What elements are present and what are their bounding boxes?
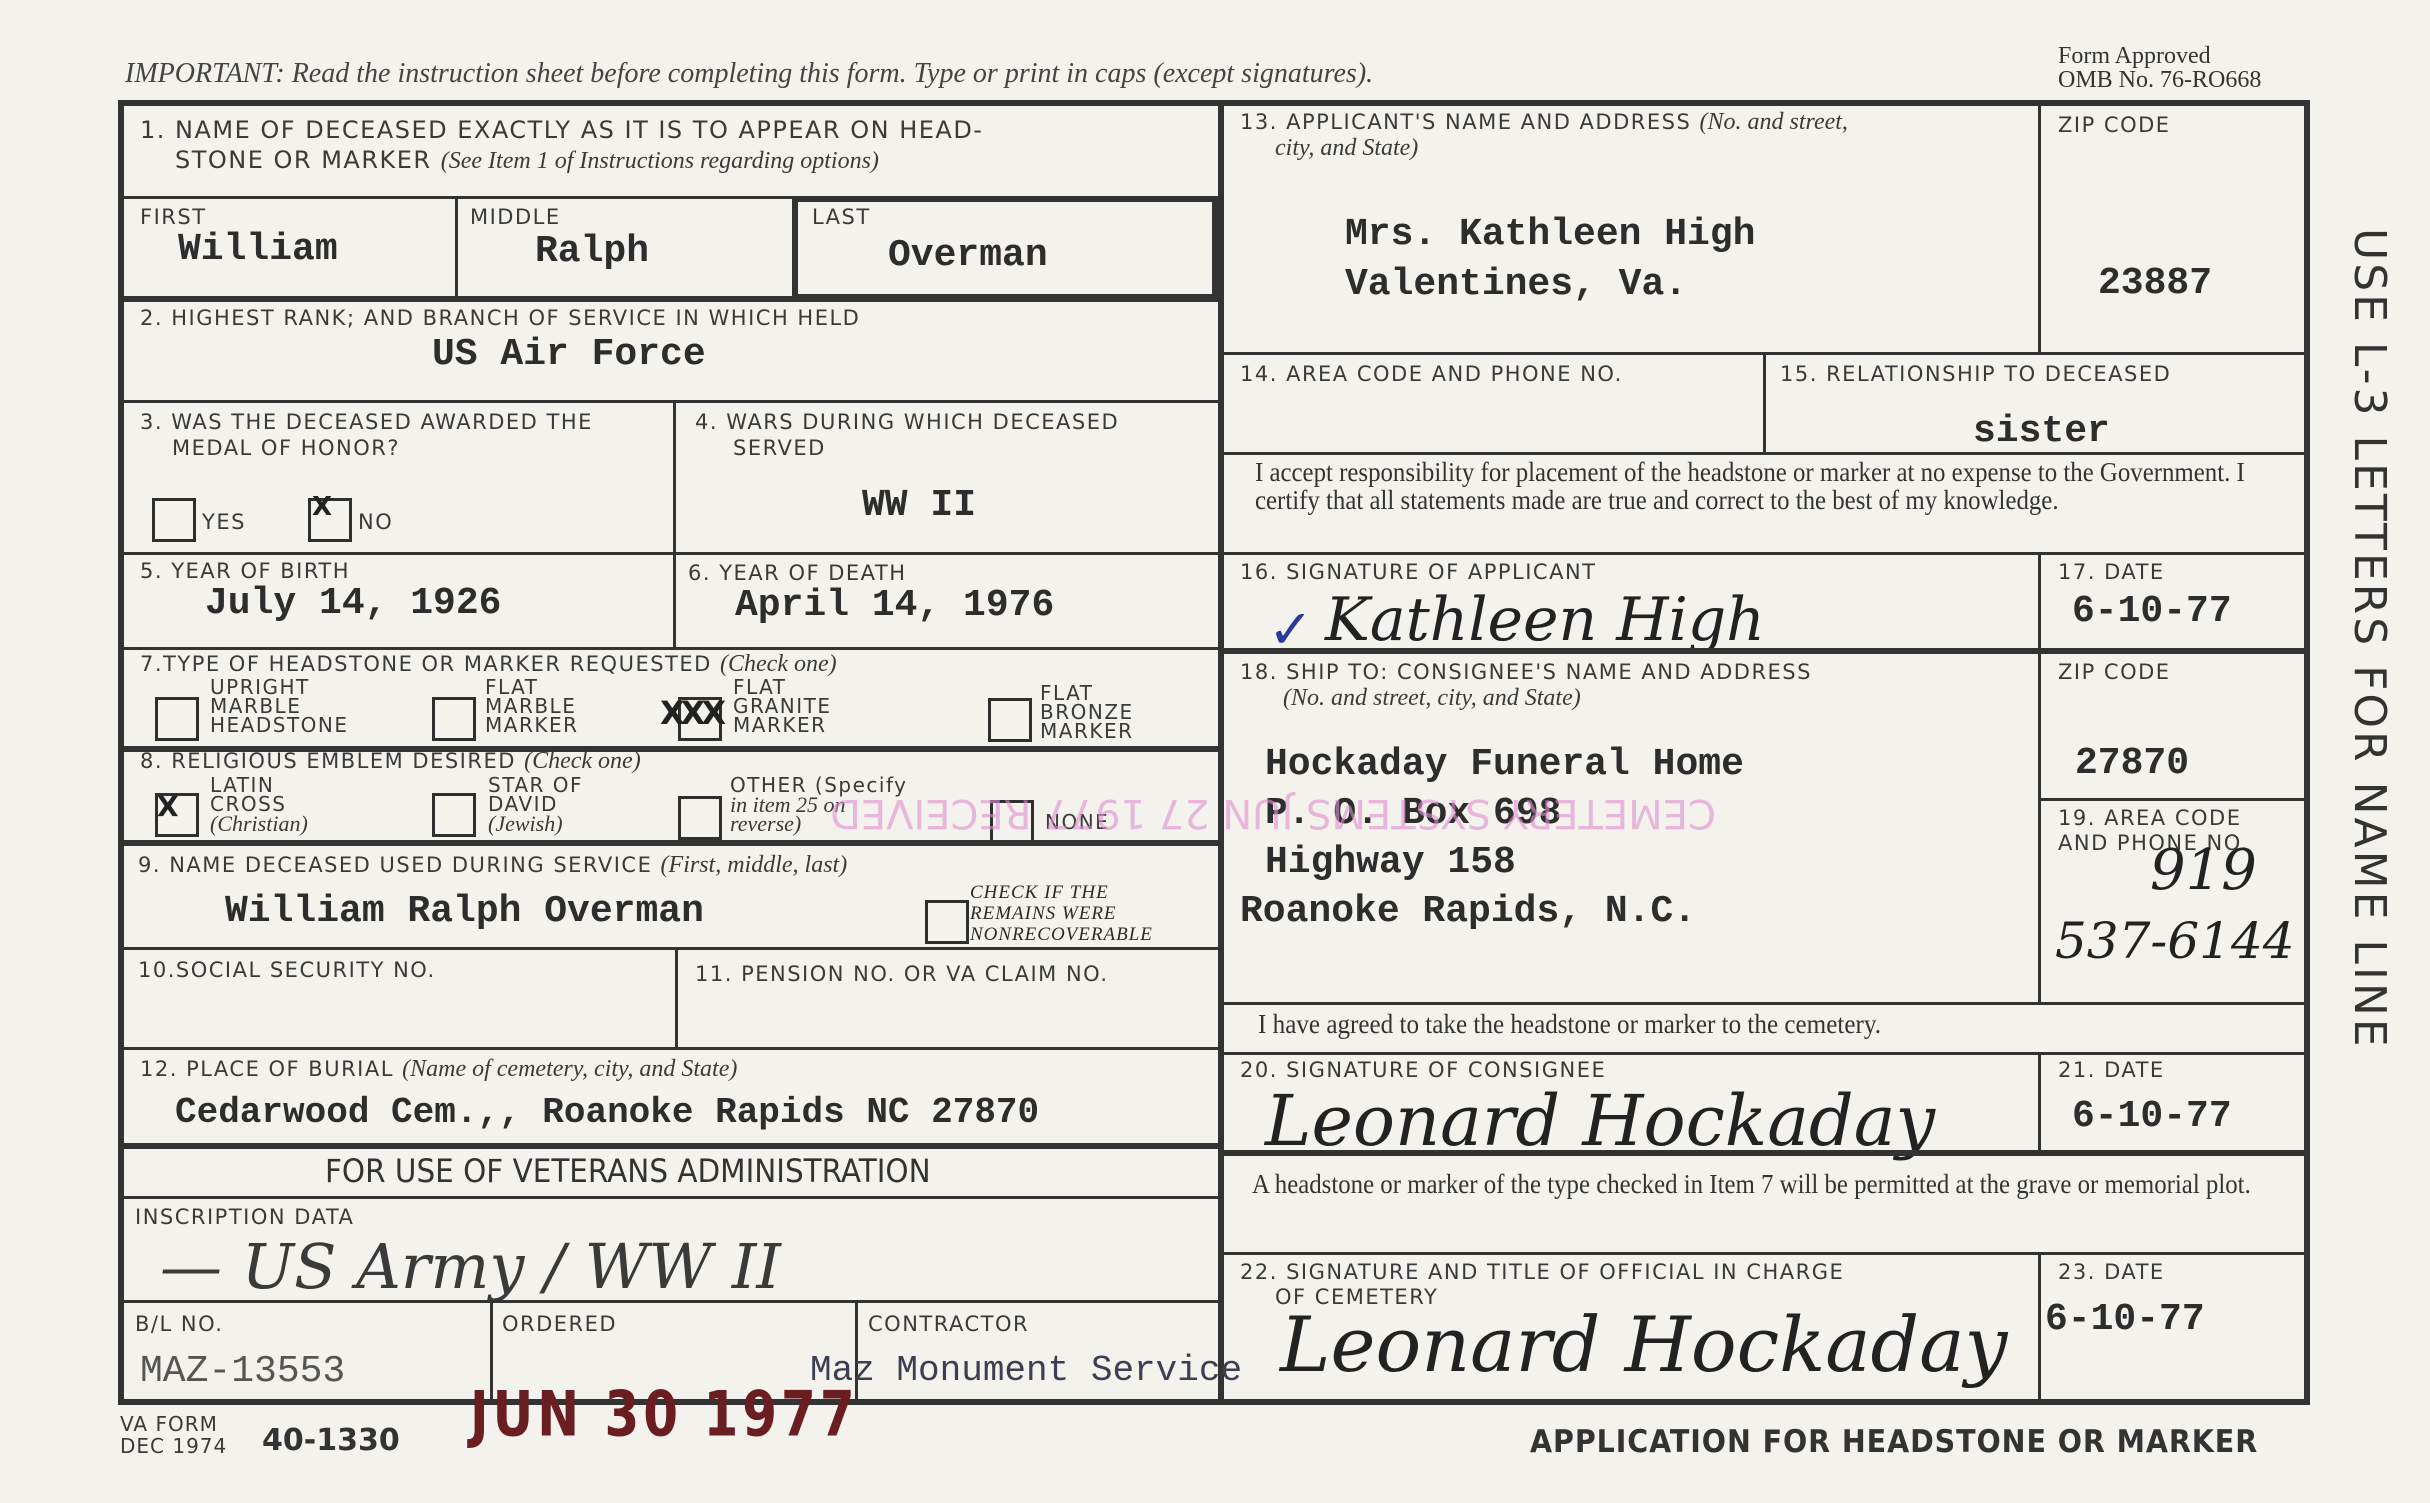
form-number: 40-1330 [262, 1423, 400, 1458]
wars-field[interactable]: WW II [862, 484, 976, 527]
applicant-phone-field[interactable] [1230, 395, 1760, 445]
death-field[interactable]: April 14, 1976 [735, 584, 1054, 627]
important-note: IMPORTANT: Read the instruction sheet be… [125, 58, 1373, 90]
divider [118, 552, 1218, 555]
consignee-address-field[interactable]: Hockaday Funeral HomeP. O. Box 698Highwa… [1265, 740, 1744, 936]
item16-label: 16. SIGNATURE OF APPLICANT [1240, 560, 1596, 585]
service-name-field[interactable]: William Ralph Overman [225, 890, 704, 933]
flat-marble-label: FLATMARBLEMARKER [485, 678, 578, 735]
item7-label: 7.TYPE OF HEADSTONE OR MARKER REQUESTED … [140, 652, 837, 677]
consignee-date-field[interactable]: 6-10-77 [2072, 1095, 2232, 1138]
item1-label2: STONE OR MARKER (See Item 1 of Instructi… [175, 148, 879, 174]
consignee-zip-field[interactable]: 27870 [2075, 742, 2189, 785]
yes-checkbox[interactable] [152, 498, 196, 542]
certification-text: I accept responsibility for placement of… [1255, 458, 2285, 514]
divider [1218, 1150, 2310, 1156]
va-use-title: FOR USE OF VETERANS ADMINISTRATION [325, 1152, 931, 1190]
burial-place-field[interactable]: Cedarwood Cem.,, Roanoke Rapids NC 27870 [175, 1092, 1039, 1133]
zip-label: ZIP CODE [2058, 113, 2171, 138]
bl-field[interactable]: MAZ-13553 [140, 1350, 345, 1393]
item18-note: (No. and street, city, and State) [1283, 686, 1581, 711]
item2-label: 2. HIGHEST RANK; AND BRANCH OF SERVICE I… [140, 306, 860, 331]
divider [1218, 1002, 2310, 1005]
item11-label: 11. PENSION NO. OR VA CLAIM NO. [695, 962, 1109, 987]
flat-granite-check-mark: XXX [660, 694, 722, 732]
divider [1218, 1052, 2310, 1055]
divider [118, 400, 1218, 403]
divider [1218, 1252, 2310, 1255]
other-emblem-checkbox[interactable] [678, 796, 722, 840]
column-divider [1218, 100, 1224, 1405]
divider [2038, 552, 2041, 1002]
item1-label: 1. NAME OF DECEASED EXACTLY AS IT IS TO … [140, 118, 983, 143]
divider [2038, 100, 2041, 352]
divider [118, 947, 1218, 950]
upright-marble-checkbox[interactable] [155, 697, 199, 741]
upright-marble-label: UPRIGHTMARBLEHEADSTONE [210, 678, 349, 735]
inscription-field[interactable]: — US Army / WW II [160, 1230, 781, 1303]
omb-number: OMB No. 76-RO668 [2058, 68, 2261, 92]
no-check-mark: X [312, 492, 332, 522]
item13-label2: city, and State) [1275, 136, 1418, 161]
rank-branch-field[interactable]: US Air Force [432, 333, 706, 376]
yes-label: YES [202, 510, 246, 535]
flat-marble-checkbox[interactable] [432, 697, 476, 741]
item6-label: 6. YEAR OF DEATH [688, 561, 907, 586]
consignee-zip-label: ZIP CODE [2058, 660, 2171, 685]
item8-label: 8. RELIGIOUS EMBLEM DESIRED (Check one) [140, 749, 641, 774]
item13-label: 13. APPLICANT'S NAME AND ADDRESS (No. an… [1240, 110, 1848, 135]
official-date-field[interactable]: 6-10-77 [2045, 1298, 2205, 1341]
item5-label: 5. YEAR OF BIRTH [140, 559, 350, 584]
middle-label: MIDDLE [470, 205, 561, 230]
last-name-field[interactable]: Overman [888, 234, 1048, 277]
applicant-zip-field[interactable]: 23887 [2098, 262, 2212, 305]
contractor-label: CONTRACTOR [868, 1312, 1029, 1337]
inscription-label: INSCRIPTION DATA [135, 1205, 354, 1230]
ordered-label: ORDERED [502, 1312, 617, 1337]
first-name-field[interactable]: William [178, 228, 338, 271]
item17-label: 17. DATE [2058, 560, 2165, 585]
item10-label: 10.SOCIAL SECURITY NO. [138, 958, 436, 983]
ordered-date-stamp: JUN 30 1977 [470, 1378, 859, 1451]
item23-label: 23. DATE [2058, 1260, 2165, 1285]
official-signature[interactable]: Leonard Hockaday [1280, 1300, 2007, 1389]
form-approved: Form Approved [2058, 44, 2211, 68]
item12-label: 12. PLACE OF BURIAL (Name of cemetery, c… [140, 1057, 737, 1082]
consignee-area-code[interactable]: 919 [2150, 838, 2257, 903]
item3-label2: MEDAL OF HONOR? [172, 436, 400, 461]
divider [118, 647, 1218, 650]
bl-label: B/L NO. [135, 1312, 223, 1337]
divider [675, 947, 678, 1047]
item14-label: 14. AREA CODE AND PHONE NO. [1240, 362, 1623, 387]
applicant-date-field[interactable]: 6-10-77 [2072, 590, 2232, 633]
first-label: FIRST [140, 205, 207, 230]
divider [1763, 352, 1766, 452]
star-of-david-checkbox[interactable] [432, 793, 476, 837]
form-title: APPLICATION FOR HEADSTONE OR MARKER [1530, 1424, 2258, 1460]
item18-label: 18. SHIP TO: CONSIGNEE'S NAME AND ADDRES… [1240, 660, 1812, 685]
flat-bronze-label: FLATBRONZEMARKER [1040, 684, 1134, 741]
divider [118, 1196, 1218, 1199]
nonrecoverable-label: CHECK IF THEREMAINS WERENONRECOVERABLE [970, 882, 1153, 945]
divider [118, 1047, 1218, 1050]
contractor-field[interactable]: Maz Monument Service [810, 1350, 1242, 1391]
flat-bronze-checkbox[interactable] [988, 698, 1032, 742]
item4-label: 4. WARS DURING WHICH DECEASED [695, 410, 1119, 435]
side-instruction: USE L-3 LETTERS FOR NAME LINE [2344, 228, 2395, 1050]
divider [1218, 648, 2310, 654]
latin-cross-check-mark: X [157, 790, 179, 823]
middle-name-field[interactable]: Ralph [535, 230, 649, 273]
permit-text: A headstone or marker of the type checke… [1252, 1166, 2310, 1202]
ssn-field[interactable] [130, 990, 660, 1040]
nonrecoverable-checkbox[interactable] [925, 900, 969, 944]
consignee-agreement-text: I have agreed to take the headstone or m… [1258, 1010, 1881, 1038]
applicant-address-field[interactable]: Mrs. Kathleen HighValentines, Va. [1345, 210, 1755, 310]
last-label: LAST [812, 205, 871, 230]
consignee-phone[interactable]: 537-6144 [2055, 912, 2295, 970]
divider [118, 1300, 1218, 1303]
divider [1218, 552, 2310, 555]
divider [2038, 1252, 2041, 1405]
latin-cross-label: LATINCROSS(Christian) [210, 776, 308, 833]
item9-label: 9. NAME DECEASED USED DURING SERVICE (Fi… [138, 853, 847, 878]
va-form-label: VA FORMDEC 1974 [120, 1413, 227, 1457]
divider [455, 196, 458, 300]
applicant-signature[interactable]: Kathleen High [1325, 585, 1765, 655]
divider [2038, 798, 2310, 801]
divider [118, 840, 1218, 846]
divider [1218, 452, 2310, 455]
item3-label: 3. WAS THE DECEASED AWARDED THE [140, 410, 593, 435]
item21-label: 21. DATE [2058, 1058, 2165, 1083]
flat-granite-label: FLATGRANITEMARKER [733, 678, 831, 735]
item4-label2: SERVED [733, 436, 826, 461]
claim-no-field[interactable] [690, 990, 1210, 1040]
birth-field[interactable]: July 14, 1926 [205, 582, 501, 625]
divider [673, 400, 676, 650]
divider [118, 296, 1218, 302]
received-stamp: CEMETERY SYSTEMS JUN 27 1977 RECEIVED [830, 790, 1716, 836]
star-of-david-label: STAR OFDAVID(Jewish) [488, 776, 583, 833]
item15-label: 15. RELATIONSHIP TO DECEASED [1780, 362, 2171, 387]
no-label: NO [358, 510, 393, 535]
divider [2038, 1052, 2041, 1152]
divider [118, 1143, 1218, 1149]
relationship-field[interactable]: sister [1973, 410, 2110, 453]
